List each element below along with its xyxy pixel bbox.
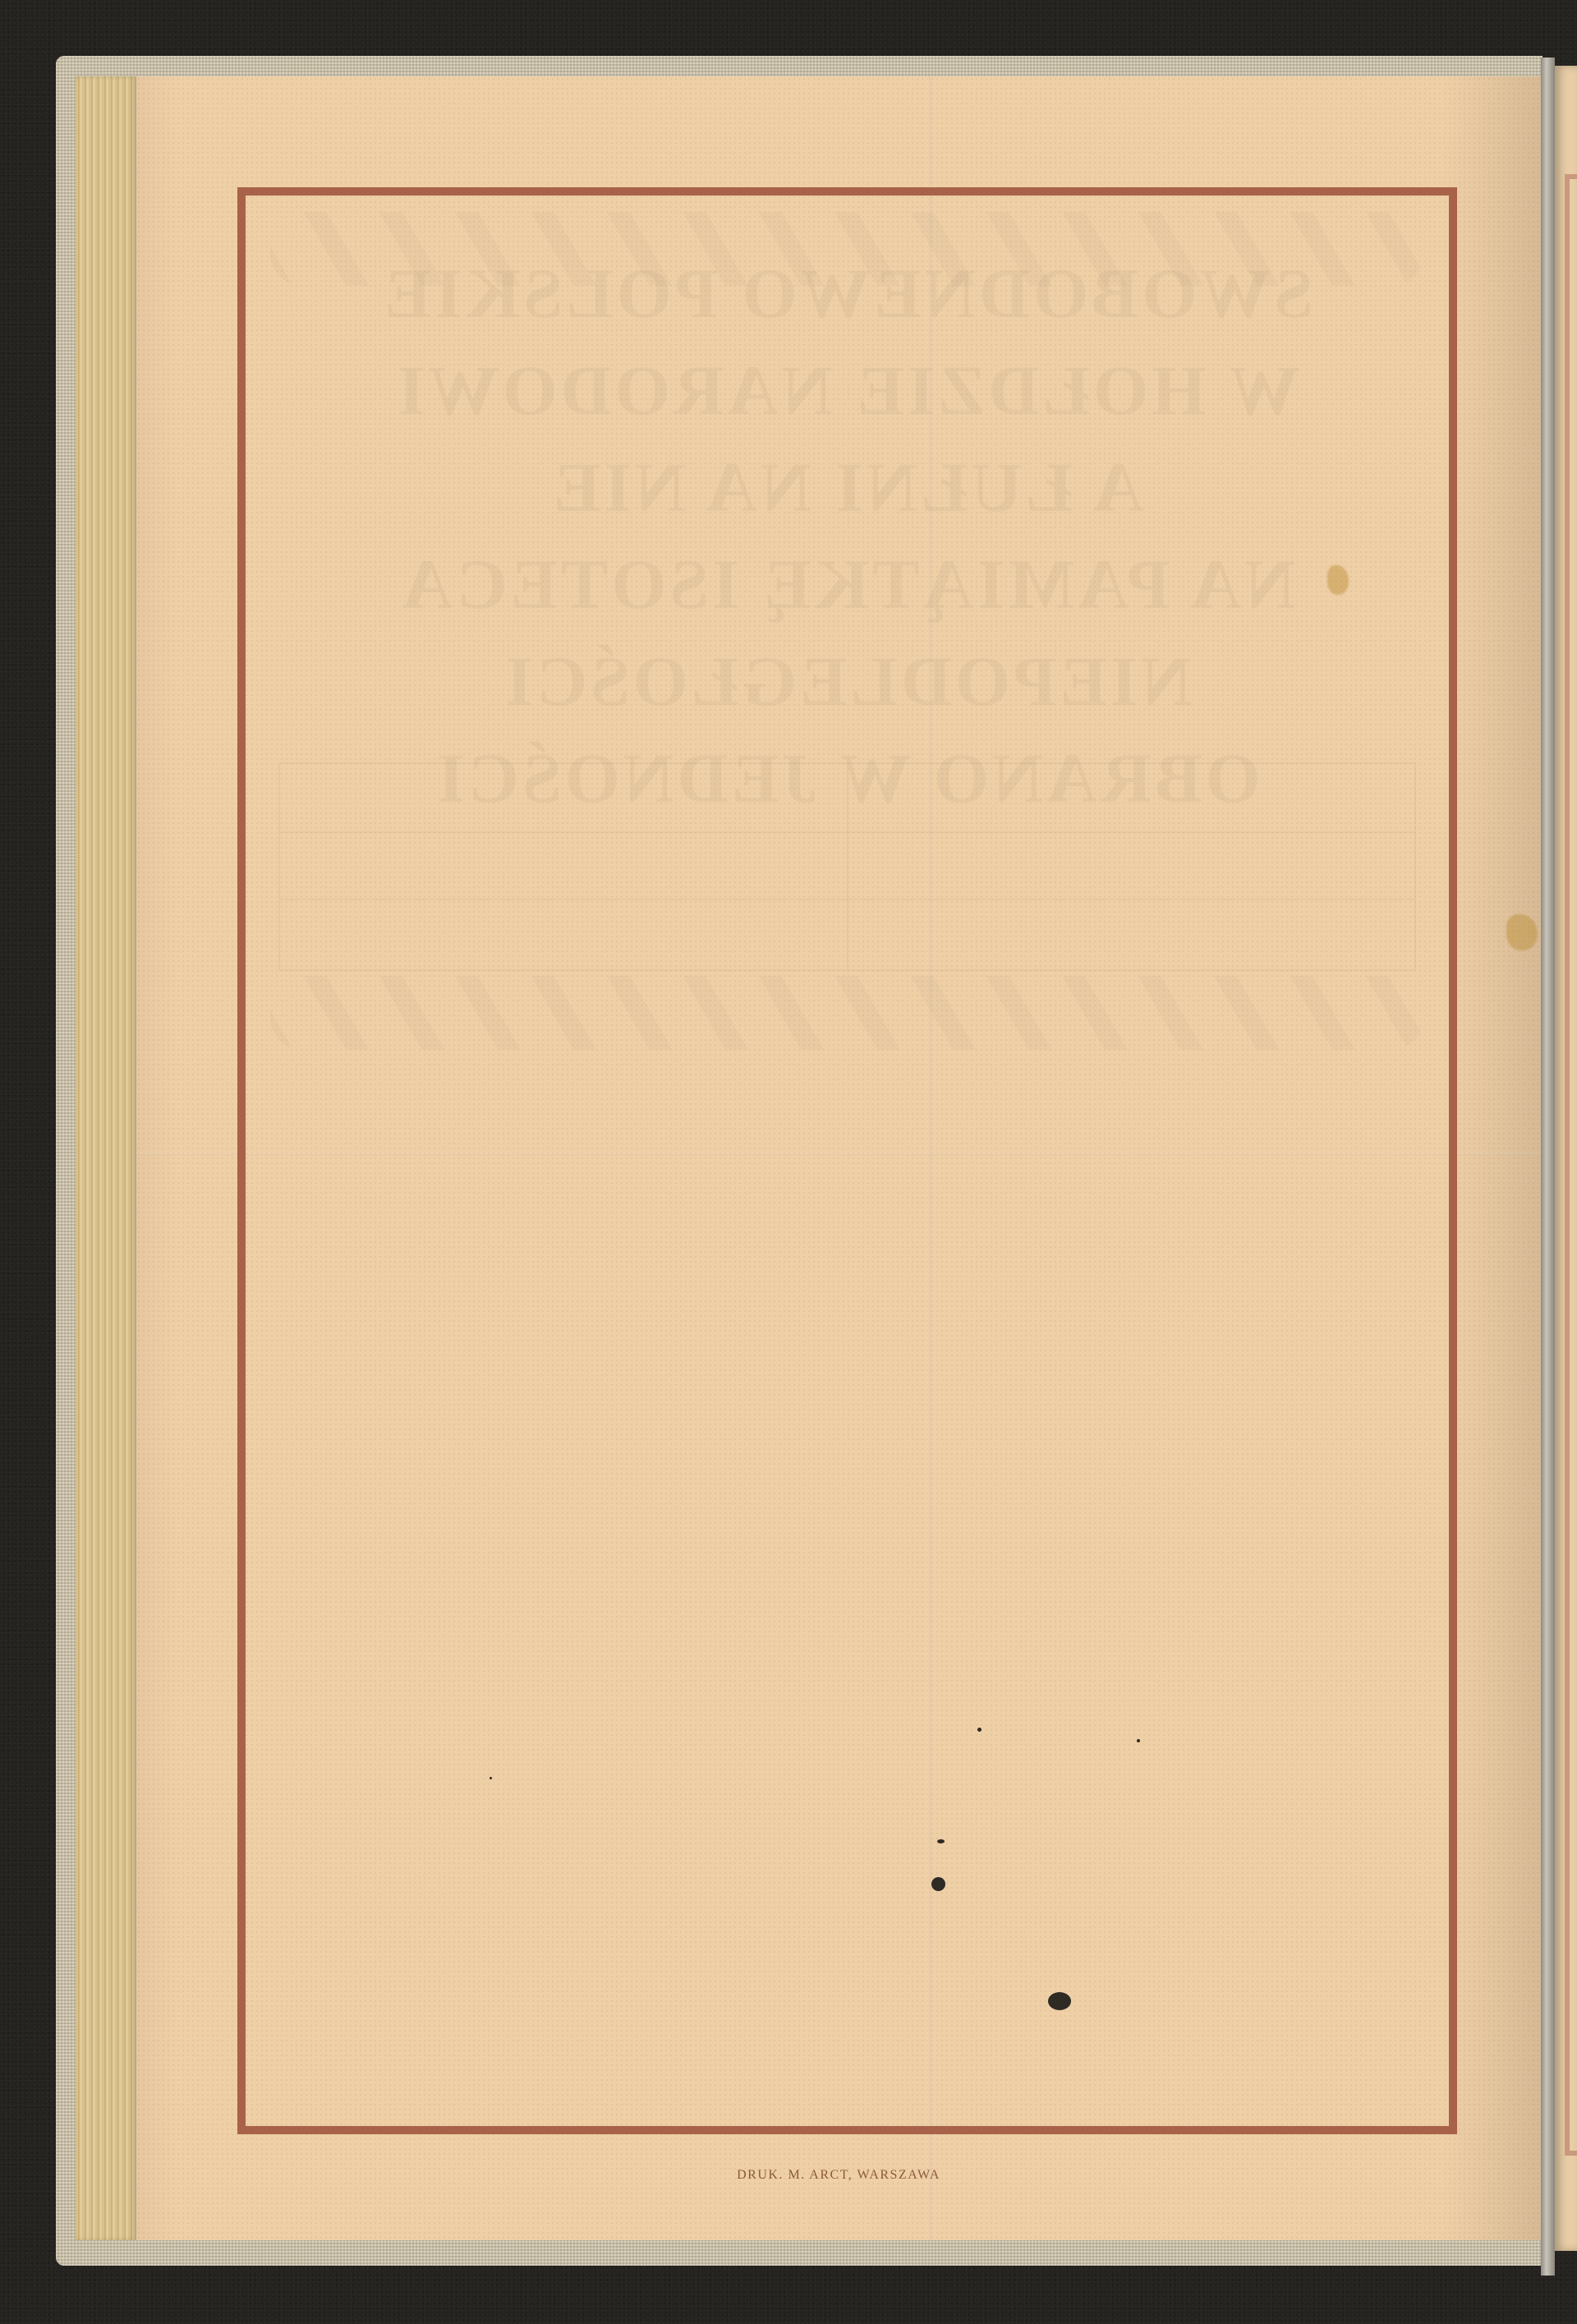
book-gutter [1541,58,1555,2276]
ink-speck [1137,1739,1140,1742]
show-through-text: SWOBODNEWO POLSKIE W HOŁDZIE NARODOWI A … [278,245,1416,826]
facing-page-frame [1565,174,1577,2156]
foxing-stain [1506,914,1538,950]
ink-spot [931,1877,945,1891]
show-through-ornament-bottom [270,976,1424,1050]
ink-spot [1048,1992,1071,2010]
printer-imprint: DRUK. M. ARCT, WARSZAWA [136,2168,1541,2183]
page-edges [76,76,136,2240]
ghost-line: NA PAMIĄTKĘ ISOTECA [278,536,1416,633]
ink-speck [977,1728,982,1732]
ghost-line: NIEPODLEGŁOŚCI [278,633,1416,729]
foxing-stain [1327,565,1349,595]
show-through-ornament-top [270,212,1424,286]
show-through-table [278,762,1416,971]
decorative-border-frame: SWOBODNEWO POLSKIE W HOŁDZIE NARODOWI A … [237,187,1457,2134]
ink-spot [937,1839,945,1843]
ghost-line: A ŁUŁNI NA NIE [278,439,1416,536]
ink-speck [490,1777,492,1779]
book-page: SWOBODNEWO POLSKIE W HOŁDZIE NARODOWI A … [136,76,1541,2240]
ghost-line: W HOŁDZIE NARODOWI [278,342,1416,439]
